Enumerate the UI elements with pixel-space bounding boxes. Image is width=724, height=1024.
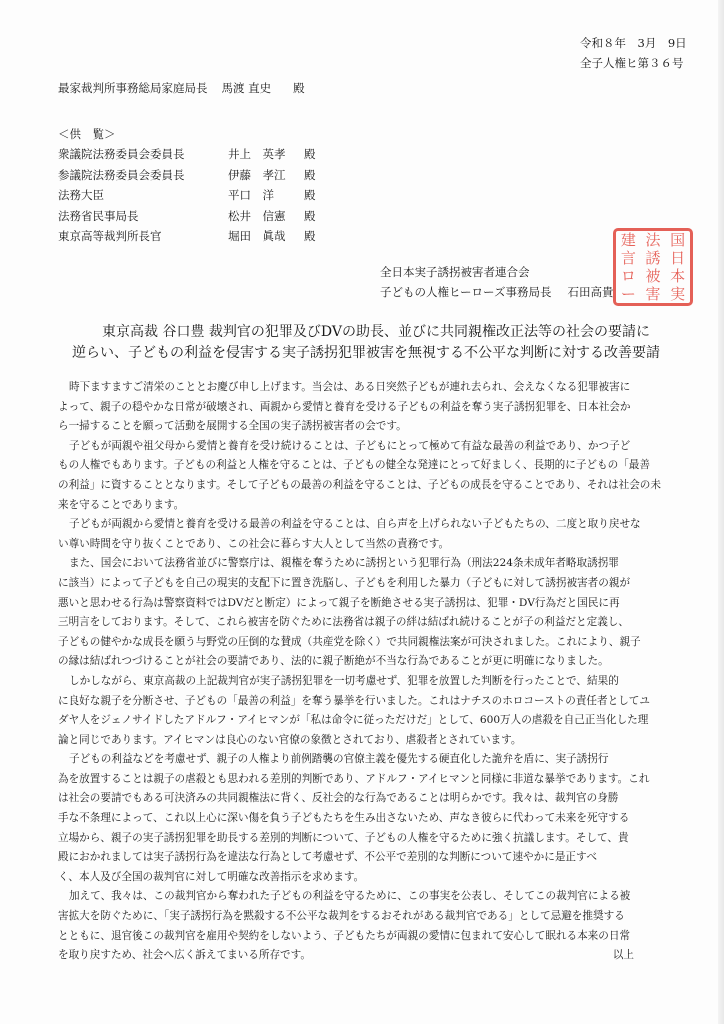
body-line: また、国会において法務省並びに警察庁は、親権を奪うために誘拐という犯罪行為（刑法… [58, 554, 688, 574]
seal-char: 害 [641, 287, 666, 302]
cc-recipient: 法務省民事局長 松井 信憲 殿 [58, 206, 324, 227]
cc-name: 平口 洋 [228, 185, 304, 206]
cc-role: 参議院法務委員会委員長 [58, 165, 228, 186]
cc-recipient: 参議院法務委員会委員長 伊藤 孝江 殿 [58, 165, 324, 186]
cc-name: 伊藤 孝江 [228, 165, 304, 186]
addressee-name: 馬渡 直史 [222, 81, 272, 95]
body-line: 手な不条理によって、これ以上心に深い傷を負う子どもたちを生み出さないため、声なき… [58, 809, 688, 829]
seal-char: 誘 [641, 251, 666, 266]
body-line: の縁は結ばれつづけることが社会の要請であり、法的に親子断絶が不当な行為であること… [58, 652, 688, 672]
body-line: に良好な親子を分断させ、子どもの「最善の利益」を奪う暴挙を行いました。これはナチ… [58, 692, 688, 712]
sender-organization: 全日本実子誘拐被害者連合会 [380, 262, 613, 282]
cc-recipient: 東京高等裁判所長官 堀田 眞哉 殿 [58, 226, 324, 247]
body-line: しかしながら、東京高裁の上記裁判官が実子誘拐犯罪を一切考慮せず、犯罪を放置した判… [58, 672, 688, 692]
organization-seal-stamp: 建 法 国 言 誘 日 ロ 被 本 ー 害 実 [613, 228, 693, 306]
body-line: は社会の要請でもある可決済みの共同親権法に背く、反社会的な行為であることは明らか… [58, 789, 688, 809]
cc-name: 松井 信憲 [228, 206, 304, 227]
body-line: ら一掃することを願って活動を展開する全国の実子誘拐被害者の会です。 [58, 417, 688, 437]
body-line: 悪いと思わせる行為は警察資料ではDVだと断定）によって親子を断絶させる実子誘拐は… [58, 594, 688, 614]
cc-name: 堀田 眞哉 [228, 226, 304, 247]
cc-label: ＜供 覧＞ [58, 124, 324, 144]
body-line: に該当）によって子どもを自己の現実的支配下に置き洗脳し、子どもを利用した暴力（子… [58, 574, 688, 594]
closing-mark: 以上 [613, 946, 634, 966]
seal-char: 建 [616, 233, 641, 248]
body-line: 立場から、親子の実子誘拐犯罪を助長する差別的判断について、子どもの人権を守るため… [58, 829, 688, 849]
seal-char: 言 [616, 251, 641, 266]
body-line: 殿におかれましては実子誘拐行為を違法な行為として考慮せず、不公平で差別的な判断に… [58, 848, 688, 868]
cc-name: 井上 英孝 [228, 144, 304, 165]
body-line: 来を守ることであります。 [58, 496, 688, 516]
document-header: 令和８年 3月 9日 全子人権ヒ第３６号 [580, 33, 687, 73]
sender-block: 全日本実子誘拐被害者連合会 子どもの人権ヒーローズ事務局長石田高貴 [380, 262, 613, 302]
body-line: 論と同じであります。アイヒマンは良心のない官僚の象徴とされており、虐殺者とされて… [58, 731, 688, 751]
cc-recipient: 法務大臣 平口 洋 殿 [58, 185, 324, 206]
title-line-2: 逆らい、子どもの利益を侵害する実子誘拐犯罪被害を無視する不公平な判断に対する改善… [72, 343, 660, 364]
body-line: 為を放置することは親子の虐殺とも思われる差別的判断であり、アドルフ・アイヒマンと… [58, 770, 688, 790]
body-line: もの人権でもあります。子どもの利益と人権を守ることは、子どもの健全な発達にとって… [58, 456, 688, 476]
seal-char: ー [616, 287, 641, 302]
body-line: を取り戻すため、社会へ広く訴えてまいる所存です。 [58, 946, 311, 966]
seal-char: 被 [641, 269, 666, 284]
document-date: 令和８年 3月 9日 [580, 33, 687, 53]
body-line: とともに、退官後この裁判官を雇用や契約をしないよう、子どもたちが両親の愛情に包ま… [58, 927, 688, 947]
cc-role: 衆議院法務委員会委員長 [58, 144, 228, 165]
body-line: 子どもが両親や祖父母から愛情と養育を受け続けることは、子どもにとって極めて有益な… [58, 437, 688, 457]
body-line: の利益」に資することとなります。そして子どもの最善の利益を守ることは、子どもの成… [58, 476, 688, 496]
seal-char: 法 [641, 233, 666, 248]
sender-name: 石田高貴 [567, 285, 613, 299]
body-last-line: を取り戻すため、社会へ広く訴えてまいる所存です。 以上 [58, 946, 688, 966]
cc-role: 東京高等裁判所長官 [58, 226, 228, 247]
addressee-honorific: 殿 [293, 81, 305, 95]
cc-recipient: 衆議院法務委員会委員長 井上 英孝 殿 [58, 144, 324, 165]
document-body: 時下ますますご清栄のこととお慶び申し上げます。当会は、ある日突然子どもが連れ去ら… [58, 378, 688, 966]
cc-role: 法務省民事局長 [58, 206, 228, 227]
page-edge [718, 0, 724, 1024]
cc-honorific: 殿 [304, 206, 324, 227]
body-line: 子どもが両親から愛情と養育を受ける最善の利益を守ることは、自ら声を上げられない子… [58, 515, 688, 535]
body-line: 加えて、我々は、この裁判官から奪われた子どもの利益を守るために、この事実を公表し… [58, 887, 688, 907]
cc-honorific: 殿 [304, 165, 324, 186]
body-line: い尊い時間を守り抜くことであり、この社会に暮らす大人として当然の責務です。 [58, 535, 688, 555]
cc-list: ＜供 覧＞ 衆議院法務委員会委員長 井上 英孝 殿 参議院法務委員会委員長 伊藤… [58, 124, 324, 247]
addressee-title: 最家裁判所事務総局家庭局長 [58, 81, 208, 95]
reference-number: 全子人権ヒ第３６号 [580, 53, 687, 73]
body-line: よって、親子の穏やかな日常が破壊され、両親から愛情と養育を受ける子どもの利益を奪… [58, 398, 688, 418]
seal-char: 日 [665, 251, 690, 266]
body-line: ダヤ人をジェノサイドしたアドルフ・アイヒマンが「私は命令に従っただけだ」として、… [58, 711, 688, 731]
body-line: 子どもの利益などを考慮せず、親子の人権より前例踏襲の官僚主義を優先する硬直化した… [58, 750, 688, 770]
seal-char: 実 [665, 287, 690, 302]
seal-char: 本 [665, 269, 690, 284]
seal-char: ロ [616, 269, 641, 284]
body-line: 三明言をしております。そして、これら被害を防ぐために法務省は親子の絆は結ばれ続け… [58, 613, 688, 633]
cc-honorific: 殿 [304, 144, 324, 165]
cc-honorific: 殿 [304, 185, 324, 206]
document-title: 東京高裁 谷口豊 裁判官の犯罪及びDVの助長、並びに共同親権改正法等の社会の要請… [72, 322, 660, 364]
title-line-1: 東京高裁 谷口豊 裁判官の犯罪及びDVの助長、並びに共同親権改正法等の社会の要請… [72, 322, 660, 343]
sender-position: 子どもの人権ヒーローズ事務局長 [380, 285, 551, 299]
document-page: 令和８年 3月 9日 全子人権ヒ第３６号 最家裁判所事務総局家庭局長馬渡 直史殿… [0, 0, 724, 1024]
body-line: く、本人及び全国の裁判官に対して明確な改善指示を求めます。 [58, 868, 688, 888]
body-line: 時下ますますご清栄のこととお慶び申し上げます。当会は、ある日突然子どもが連れ去ら… [58, 378, 688, 398]
cc-honorific: 殿 [304, 226, 324, 247]
cc-role: 法務大臣 [58, 185, 228, 206]
seal-char: 国 [665, 233, 690, 248]
body-line: 子どもの健やかな成長を願う与野党の圧倒的な賛成（共産党を除く）で共同親権法案が可… [58, 633, 688, 653]
addressee: 最家裁判所事務総局家庭局長馬渡 直史殿 [58, 80, 305, 96]
body-line: 害拡大を防ぐために、「実子誘拐行為を黙殺する不公平な裁判をするおそれがある裁判官… [58, 907, 688, 927]
